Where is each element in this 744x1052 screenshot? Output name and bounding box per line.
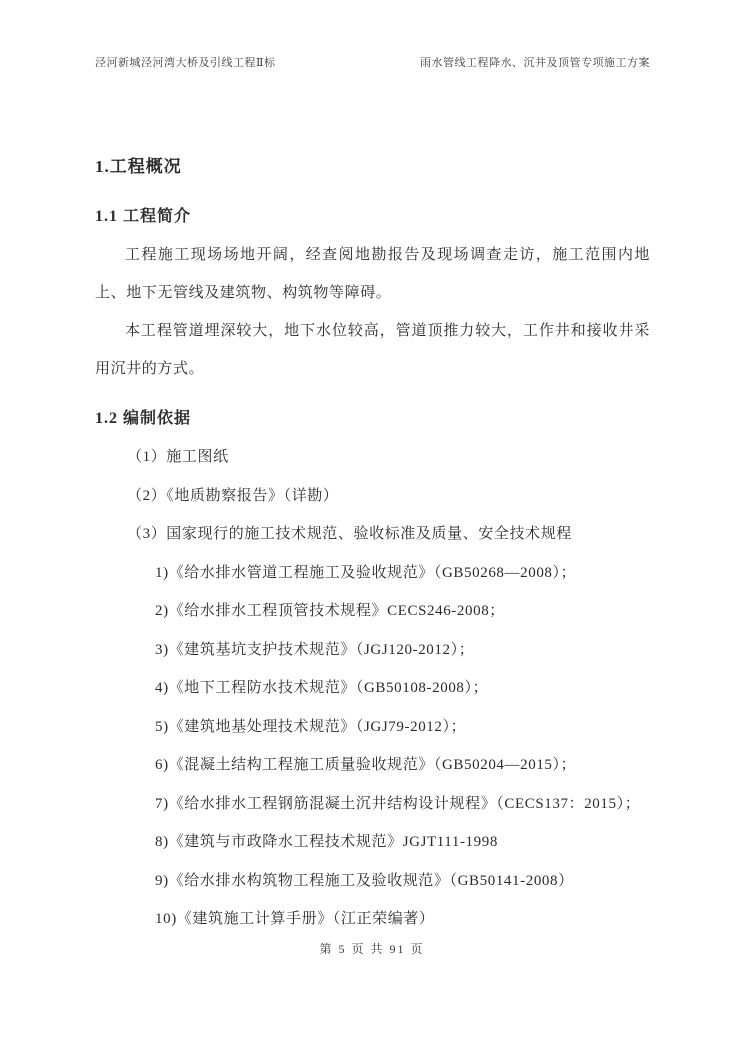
heading-project-intro: 1.1 工程简介: [95, 198, 650, 236]
document-page: 泾河新城泾河湾大桥及引线工程Ⅱ标 雨水管线工程降水、沉井及顶管专项施工方案 1.…: [0, 0, 744, 1052]
page-number: 第 5 页 共 91 页: [319, 942, 424, 956]
list-item: 9)《给水排水构筑物工程施工及验收规范》（GB50141-2008）: [95, 862, 650, 901]
heading-overview: 1.工程概况: [95, 148, 650, 186]
paragraph: 工程施工现场场地开阔，经查阅地勘报告及现场调查走访，施工范围内地上、地下无管线及…: [95, 236, 650, 312]
document-body: 1.工程概况 1.1 工程简介 工程施工现场场地开阔，经查阅地勘报告及现场调查走…: [95, 148, 650, 939]
list-item: 5)《建筑地基处理技术规范》（JGJ79-2012）；: [95, 708, 650, 747]
list-item: （2）《地质勘察报告》（详勘）: [95, 477, 650, 516]
list-item: 3)《建筑基坑支护技术规范》（JGJ120-2012）；: [95, 631, 650, 670]
list-item: 1)《给水排水管道工程施工及验收规范》（GB50268—2008）；: [95, 554, 650, 593]
basis-list: （1）施工图纸（2）《地质勘察报告》（详勘）（3）国家现行的施工技术规范、验收标…: [95, 438, 650, 939]
list-item: 7)《给水排水工程钢筋混凝土沉井结构设计规程》（CECS137：2015）；: [95, 785, 650, 824]
list-item: 10)《建筑施工计算手册》（江正荣编著）: [95, 900, 650, 939]
list-item: （3）国家现行的施工技术规范、验收标准及质量、安全技术规程: [95, 515, 650, 554]
list-item: （1）施工图纸: [95, 438, 650, 477]
heading-compilation-basis: 1.2 编制依据: [95, 400, 650, 438]
page-header: 泾河新城泾河湾大桥及引线工程Ⅱ标 雨水管线工程降水、沉井及顶管专项施工方案: [95, 54, 650, 70]
list-item: 2)《给水排水工程顶管技术规程》CECS246-2008；: [95, 592, 650, 631]
list-item: 6)《混凝土结构工程施工质量验收规范》（GB50204—2015）；: [95, 746, 650, 785]
page-footer: 第 5 页 共 91 页: [0, 940, 744, 957]
list-item: 8)《建筑与市政降水工程技术规范》JGJT111-1998: [95, 823, 650, 862]
header-right-text: 雨水管线工程降水、沉井及顶管专项施工方案: [420, 54, 650, 70]
paragraph: 本工程管道埋深较大，地下水位较高，管道顶推力较大，工作井和接收井采用沉井的方式。: [95, 312, 650, 388]
list-item: 4)《地下工程防水技术规范》（GB50108-2008）；: [95, 669, 650, 708]
header-left-text: 泾河新城泾河湾大桥及引线工程Ⅱ标: [95, 54, 275, 70]
